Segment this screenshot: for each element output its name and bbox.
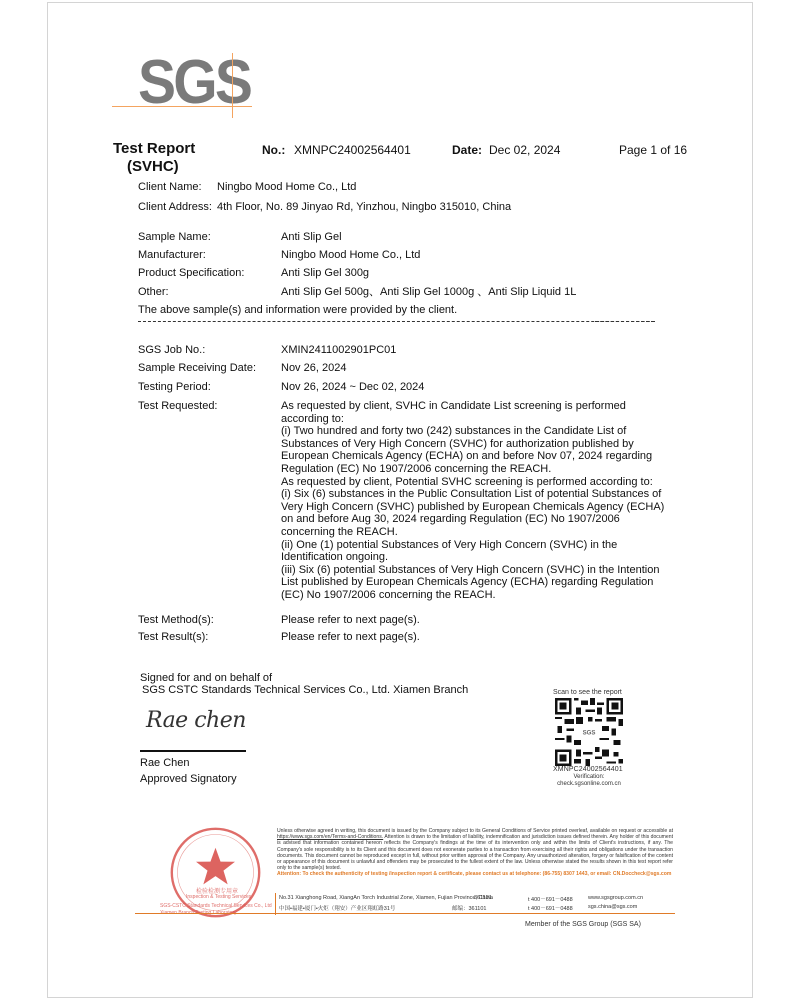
- receiving-date-label: Sample Receiving Date:: [138, 362, 256, 375]
- authenticity-notice: Attention: To check the authenticity of …: [277, 871, 673, 877]
- client-address-value: 4th Floor, No. 89 Jinyao Rd, Yinzhou, Ni…: [217, 201, 511, 214]
- footer-divider: [135, 913, 675, 914]
- test-result-label: Test Result(s):: [138, 631, 208, 644]
- test-method-value: Please refer to next page(s).: [281, 614, 420, 627]
- legal-text: Unless otherwise agreed in writing, this…: [277, 828, 673, 834]
- sgs-group-member: Member of the SGS Group (SGS SA): [525, 921, 641, 928]
- report-no-value: XMNPC24002564401: [294, 143, 411, 157]
- job-no-label: SGS Job No.:: [138, 344, 205, 357]
- legal-text: Attention is drawn to the limitation of …: [277, 834, 673, 871]
- report-title: Test Report: [113, 140, 195, 158]
- footer-phone: t 400－691－0488: [528, 904, 573, 912]
- testing-period-label: Testing Period:: [138, 381, 211, 394]
- divider: [595, 321, 655, 322]
- terms-link[interactable]: https://www.sgs.com/en/Terms-and-Conditi…: [277, 834, 383, 840]
- test-requested-para: As requested by client, Potential SVHC s…: [281, 476, 671, 489]
- test-requested-para: (i) Six (6) substances in the Public Con…: [281, 488, 671, 538]
- testing-period-value: Nov 26, 2024 ~ Dec 02, 2024: [281, 381, 424, 394]
- signature-line: [140, 750, 246, 752]
- stamp-en-text: Inspection & Testing Services: [186, 894, 251, 900]
- report-subtitle: (SVHC): [127, 158, 179, 176]
- test-requested-para: (i) Two hundred and forty two (242) subs…: [281, 425, 671, 475]
- footer-address-cn: 中国•福建•厦门•火炬（翔安）产业区翔虹路31号: [279, 904, 395, 912]
- manufacturer-value: Ningbo Mood Home Co., Ltd: [281, 249, 420, 262]
- footer-web[interactable]: www.sgsgroup.com.cn: [588, 895, 643, 901]
- client-address-label: Client Address:: [138, 201, 212, 214]
- legal-disclaimer: Unless otherwise agreed in writing, this…: [277, 828, 673, 878]
- test-requested-para: (ii) One (1) potential Substances of Ver…: [281, 539, 671, 564]
- qr-verification: Verification: check.sgsonline.com.cn: [553, 774, 625, 788]
- qr-report-number: XMNPC24002564401: [553, 766, 623, 773]
- stamp-company-line1: SGS-CSTC Standards Technical Services Co…: [160, 903, 272, 909]
- divider: [138, 321, 654, 322]
- footer-postcode-cn: 邮编：361101: [452, 904, 486, 912]
- product-spec-label: Product Specification:: [138, 267, 244, 280]
- test-requested-para: (iii) Six (6) potential Substances of Ve…: [281, 564, 671, 602]
- handwritten-signature: Rae chen: [146, 708, 246, 733]
- test-requested-label: Test Requested:: [138, 400, 218, 413]
- test-requested-text: As requested by client, SVHC in Candidat…: [281, 400, 671, 602]
- date-value: Dec 02, 2024: [489, 143, 560, 157]
- sgs-logo: SGS: [138, 52, 250, 114]
- verification-url[interactable]: check.sgsonline.com.cn: [553, 781, 625, 788]
- verification-label: Verification:: [553, 774, 625, 781]
- receiving-date-value: Nov 26, 2024: [281, 362, 346, 375]
- page-indicator: Page 1 of 16: [619, 143, 687, 157]
- client-name-value: Ningbo Mood Home Co., Ltd: [217, 181, 356, 194]
- other-label: Other:: [138, 286, 169, 299]
- sample-note: The above sample(s) and information were…: [138, 304, 457, 317]
- manufacturer-label: Manufacturer:: [138, 249, 206, 262]
- test-method-label: Test Method(s):: [138, 614, 214, 627]
- date-label: Date:: [452, 143, 482, 157]
- footer-address-en: No.31 Xianghong Road, XiangAn Torch Indu…: [279, 895, 493, 901]
- signatory-title: Approved Signatory: [140, 773, 237, 786]
- test-result-value: Please refer to next page(s).: [281, 631, 420, 644]
- footer-phone: t 400－691－0488: [528, 895, 573, 903]
- footer-postcode-en: 361101: [474, 895, 492, 901]
- client-name-label: Client Name:: [138, 181, 202, 194]
- svg-text:SGS: SGS: [583, 730, 596, 737]
- other-value: Anti Slip Gel 500g、Anti Slip Gel 1000g 、…: [281, 286, 576, 299]
- qr-caption: Scan to see the report: [553, 689, 622, 696]
- signing-company: SGS CSTC Standards Technical Services Co…: [142, 684, 468, 697]
- signatory-name: Rae Chen: [140, 757, 190, 770]
- logo-accent-line: [112, 106, 252, 107]
- logo-accent-line: [232, 53, 233, 118]
- report-no-label: No.:: [262, 143, 285, 157]
- footer-email[interactable]: sgs.china@sgs.com: [588, 904, 637, 910]
- product-spec-value: Anti Slip Gel 300g: [281, 267, 369, 280]
- sample-name-label: Sample Name:: [138, 231, 211, 244]
- test-requested-para: As requested by client, SVHC in Candidat…: [281, 400, 671, 425]
- footer-accent-line: [275, 893, 276, 915]
- job-no-value: XMIN2411002901PC01: [281, 344, 396, 357]
- qr-code-icon[interactable]: SGS: [553, 698, 625, 766]
- sample-name-value: Anti Slip Gel: [281, 231, 342, 244]
